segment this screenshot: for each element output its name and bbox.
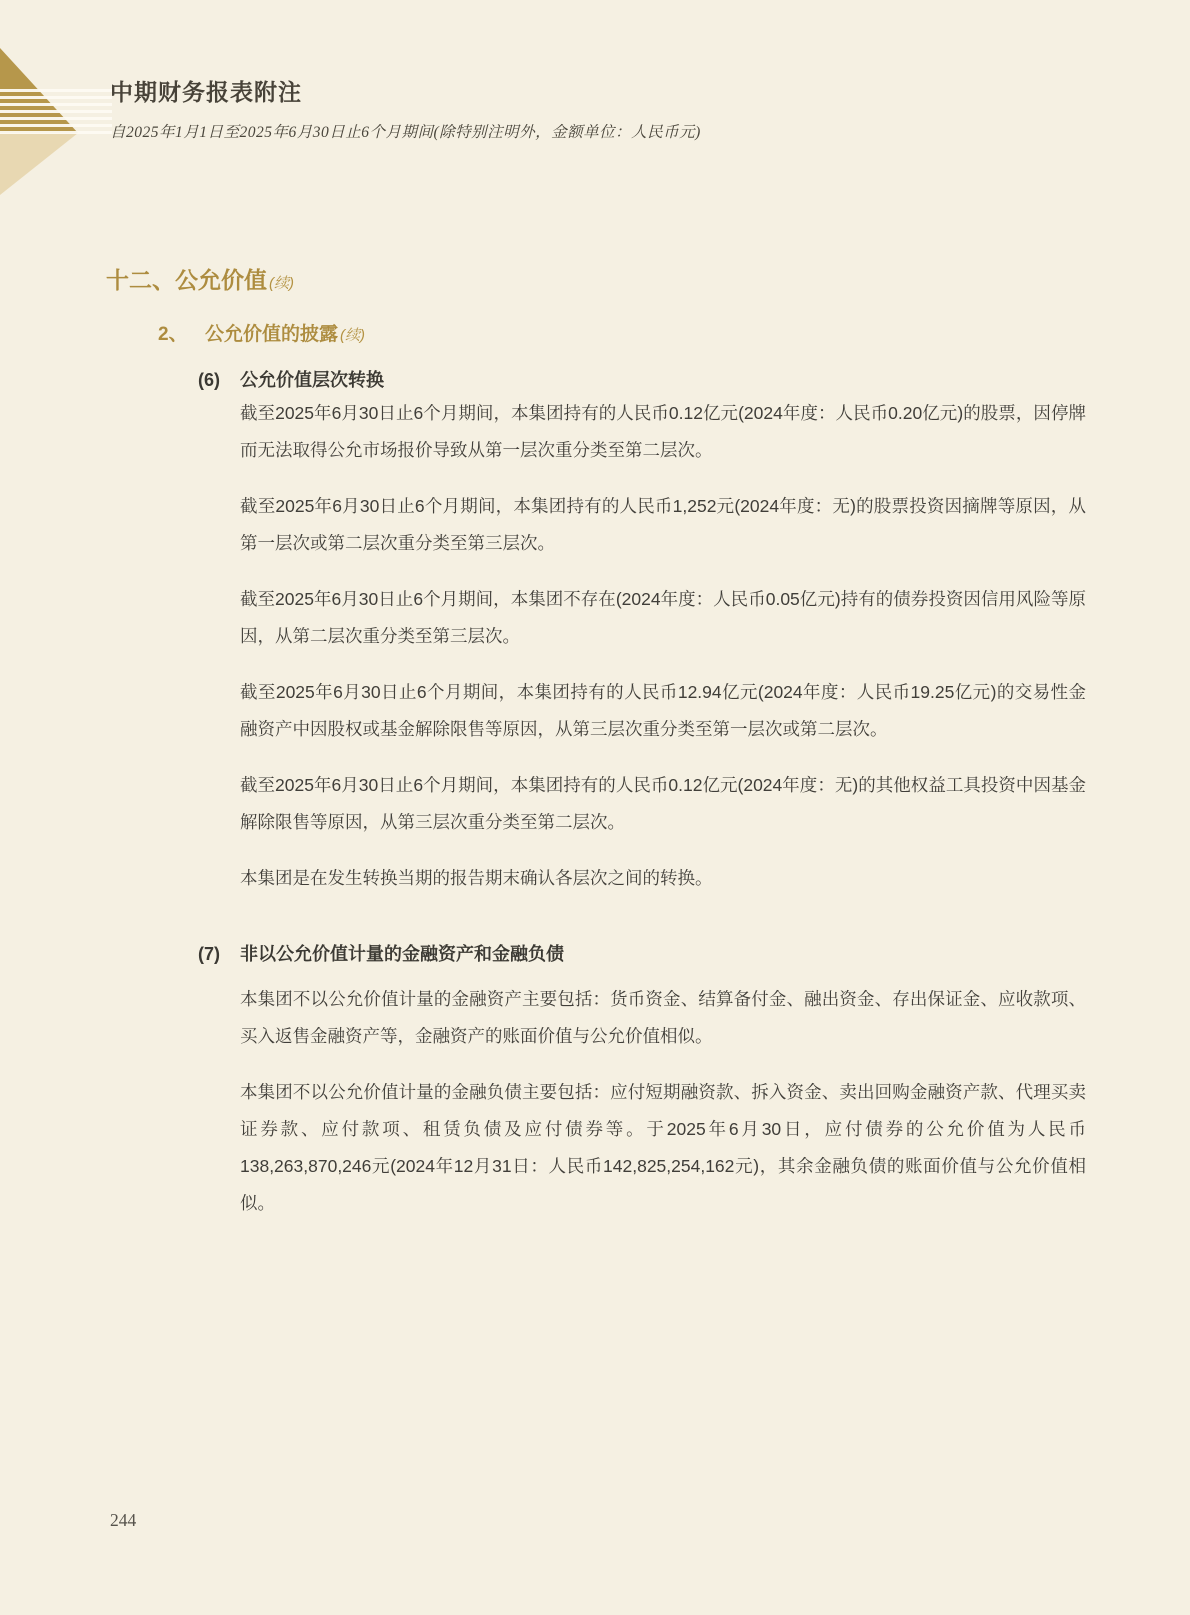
subsection-title: 公允价值的披露 xyxy=(205,324,338,345)
item-7-section: (7)非以公允价值计量的金融资产和金融负债 本集团不以公允价值计量的金融资产主要… xyxy=(0,941,1190,1222)
paragraph: 截至2025年6月30日止6个月期间，本集团持有的人民币12.94亿元(2024… xyxy=(240,674,1086,748)
paragraph: 截至2025年6月30日止6个月期间，本集团持有的人民币0.12亿元(2024年… xyxy=(240,767,1086,841)
document-page: 中期财务报表附注 自2025年1月1日至2025年6月30日止6个月期间(除特别… xyxy=(0,0,1190,1615)
subsection-continued-note: (续) xyxy=(340,327,365,344)
item-6-section: (6)公允价值层次转换 截至2025年6月30日止6个月期间，本集团持有的人民币… xyxy=(0,367,1190,897)
document-title: 中期财务报表附注 xyxy=(110,74,701,107)
paragraph: 截至2025年6月30日止6个月期间，本集团不存在(2024年度：人民币0.05… xyxy=(240,581,1086,655)
paragraph: 本集团不以公允价值计量的金融资产主要包括：货币资金、结算备付金、融出资金、存出保… xyxy=(240,981,1086,1055)
paragraph: 本集团是在发生转换当期的报告期末确认各层次之间的转换。 xyxy=(240,860,1086,897)
logo-tan-triangle xyxy=(0,133,78,195)
item-7-number: (7) xyxy=(198,941,240,967)
logo-stripe xyxy=(0,124,112,127)
item-7-title: 非以公允价值计量的金融资产和金融负债 xyxy=(240,944,564,964)
running-header: 中期财务报表附注 自2025年1月1日至2025年6月30日止6个月期间(除特别… xyxy=(110,74,701,142)
logo-stripe xyxy=(0,117,112,120)
item-6-paragraphs: 截至2025年6月30日止6个月期间，本集团持有的人民币0.12亿元(2024年… xyxy=(0,395,1190,897)
document-subtitle: 自2025年1月1日至2025年6月30日止6个月期间(除特别注明外，金额单位：… xyxy=(110,120,701,142)
item-6-heading: (6)公允价值层次转换 xyxy=(198,367,1190,393)
item-6-title: 公允价值层次转换 xyxy=(240,370,384,390)
logo-stripe xyxy=(0,96,112,99)
section-continued-note: (续) xyxy=(269,275,294,292)
section-label: 十二、公允价值 xyxy=(106,267,267,293)
item-6-number: (6) xyxy=(198,367,240,393)
subsection-number: 2、 xyxy=(158,322,205,348)
logo-stripe xyxy=(0,103,112,106)
section-heading: 十二、公允价值(续) xyxy=(106,264,1190,300)
main-content: 十二、公允价值(续) 2、公允价值的披露(续) (6)公允价值层次转换 截至20… xyxy=(0,264,1190,1222)
logo-stripe xyxy=(0,131,112,134)
corner-triangle-logo-icon xyxy=(0,48,112,198)
paragraph: 截至2025年6月30日止6个月期间，本集团持有的人民币0.12亿元(2024年… xyxy=(240,395,1086,469)
paragraph: 截至2025年6月30日止6个月期间，本集团持有的人民币1,252元(2024年… xyxy=(240,488,1086,562)
page-number: 244 xyxy=(110,1510,136,1531)
item-7-paragraphs: 本集团不以公允价值计量的金融资产主要包括：货币资金、结算备付金、融出资金、存出保… xyxy=(0,981,1190,1222)
logo-stripe xyxy=(0,110,112,113)
logo-stripe xyxy=(0,89,112,92)
paragraph: 本集团不以公允价值计量的金融负债主要包括：应付短期融资款、拆入资金、卖出回购金融… xyxy=(240,1074,1086,1222)
subsection-heading: 2、公允价值的披露(续) xyxy=(158,322,1190,349)
item-7-heading: (7)非以公允价值计量的金融资产和金融负债 xyxy=(198,941,1190,967)
